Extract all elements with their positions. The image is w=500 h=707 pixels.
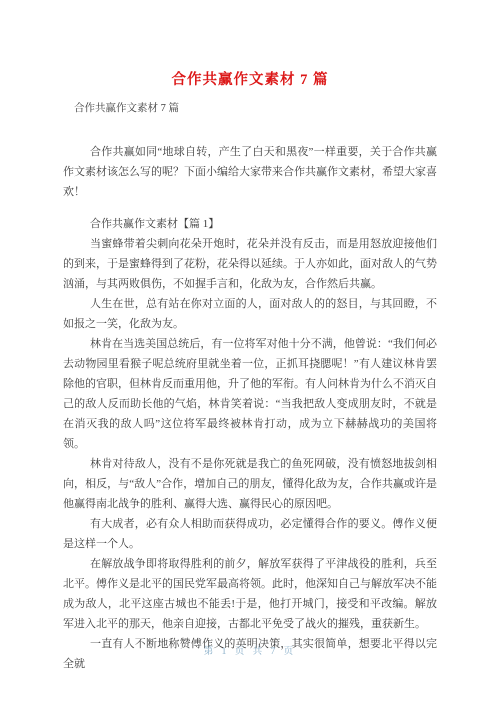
section-heading: 合作共赢作文素材【篇 1】 — [63, 214, 437, 234]
page-footer: 第 1 页 共 7 页 — [0, 643, 500, 657]
document-subtitle: 合作共赢作文素材 7 篇 — [74, 101, 437, 116]
page-title: 合作共赢作文素材 7 篇 — [63, 72, 437, 88]
intro-paragraph: 合作共赢如同“地球自转，产生了白天和黑夜”一样重要，关于合作共赢作文素材该怎么写… — [63, 142, 437, 202]
body-paragraph: 人生在世，总有站在你对立面的人，面对敌人的的怒目，与其回瞪，不如报之一笑，化敌为… — [63, 294, 437, 334]
body-paragraph: 有大成者，必有众人相助而获得成功，必定懂得合作的要义。傅作义便是这样一个人。 — [63, 514, 437, 554]
body-paragraph: 当蜜蜂带着尖刺向花朵开炮时，花朵并没有反击，而是用怒放迎接他们的到来，于是蜜蜂得… — [63, 234, 437, 294]
body-paragraph: 在解放战争即将取得胜利的前夕，解放军获得了平津战役的胜利，兵至北平。傅作义是北平… — [63, 554, 437, 634]
document-page: 合作共赢作文素材 7 篇 合作共赢作文素材 7 篇 合作共赢如同“地球自转，产生… — [0, 0, 500, 707]
body-paragraph: 林肯对待敌人，没有不是你死就是我亡的鱼死网破，没有愤怒地拔剑相向，相反，与“敌人… — [63, 454, 437, 514]
page-number-label: 第 1 页 共 7 页 — [204, 647, 296, 657]
body-paragraph: 林肯在当选美国总统后，有一位将军对他十分不满，他曾说：“我们何必去动物园里看猴子… — [63, 334, 437, 454]
